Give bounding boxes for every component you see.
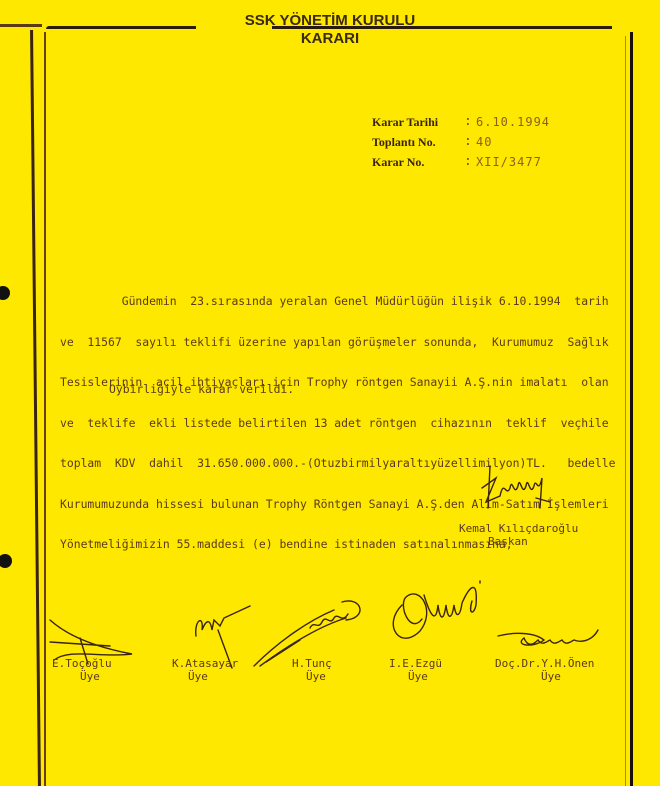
chair-role: Başkan: [488, 535, 528, 548]
frame-border-left-outer: [30, 30, 41, 786]
member-name-5: Doç.Dr.Y.H.Önen: [495, 657, 594, 670]
body-line: ve 11567 sayılı teklifi üzerine yapılan …: [60, 336, 620, 350]
member-role-1: Üye: [80, 670, 100, 683]
closing-statement: Oybirliğiyle karar verildi.: [109, 382, 294, 396]
body-line: ve teklife ekli listede belirtilen 13 ad…: [60, 417, 620, 431]
member-name-3: H.Tunç: [292, 657, 332, 670]
member-name-2: K.Atasayar: [172, 657, 238, 670]
member-role-5: Üye: [541, 670, 561, 683]
meta-separator: :: [464, 112, 476, 132]
frame-border-right-inner: [625, 36, 626, 786]
member-name-1: E.Toçoğlu: [52, 657, 112, 670]
body-line: Yönetmeliğimizin 55.maddesi (e) bendine …: [60, 538, 620, 552]
member-role-2: Üye: [188, 670, 208, 683]
frame-border-left-inner: [44, 32, 46, 786]
decision-meta: Karar Tarihi : 6.10.1994 Toplantı No. : …: [372, 112, 550, 172]
member-role-3: Üye: [306, 670, 326, 683]
meta-row-meeting: Toplantı No. : 40: [372, 132, 550, 152]
member-role-4: Üye: [408, 670, 428, 683]
meta-row-decision: Karar No. : XII/3477: [372, 152, 550, 172]
meta-label: Karar Tarihi: [372, 112, 464, 132]
body-line: Gündemin 23.sırasında yeralan Genel Müdü…: [60, 295, 620, 309]
document-title-line1: SSK YÖNETİM KURULU: [0, 12, 660, 30]
meta-value: 40: [476, 132, 492, 152]
document-title-line2: KARARI: [0, 30, 660, 48]
member-signature-4: [380, 575, 500, 655]
member-signature-5: [494, 628, 604, 658]
member-name-4: I.E.Ezgü: [389, 657, 442, 670]
chair-name: Kemal Kılıçdaroğlu: [459, 522, 578, 535]
punch-hole-bottom: [0, 554, 12, 568]
punch-hole-top: [0, 286, 10, 300]
meta-separator: :: [464, 132, 476, 152]
chair-signature: [478, 458, 558, 518]
meta-row-date: Karar Tarihi : 6.10.1994: [372, 112, 550, 132]
meta-value: 6.10.1994: [476, 112, 550, 132]
meta-label: Toplantı No.: [372, 132, 464, 152]
meta-separator: :: [464, 152, 476, 172]
meta-value: XII/3477: [476, 152, 542, 172]
frame-border-right: [630, 32, 633, 786]
meta-label: Karar No.: [372, 152, 464, 172]
